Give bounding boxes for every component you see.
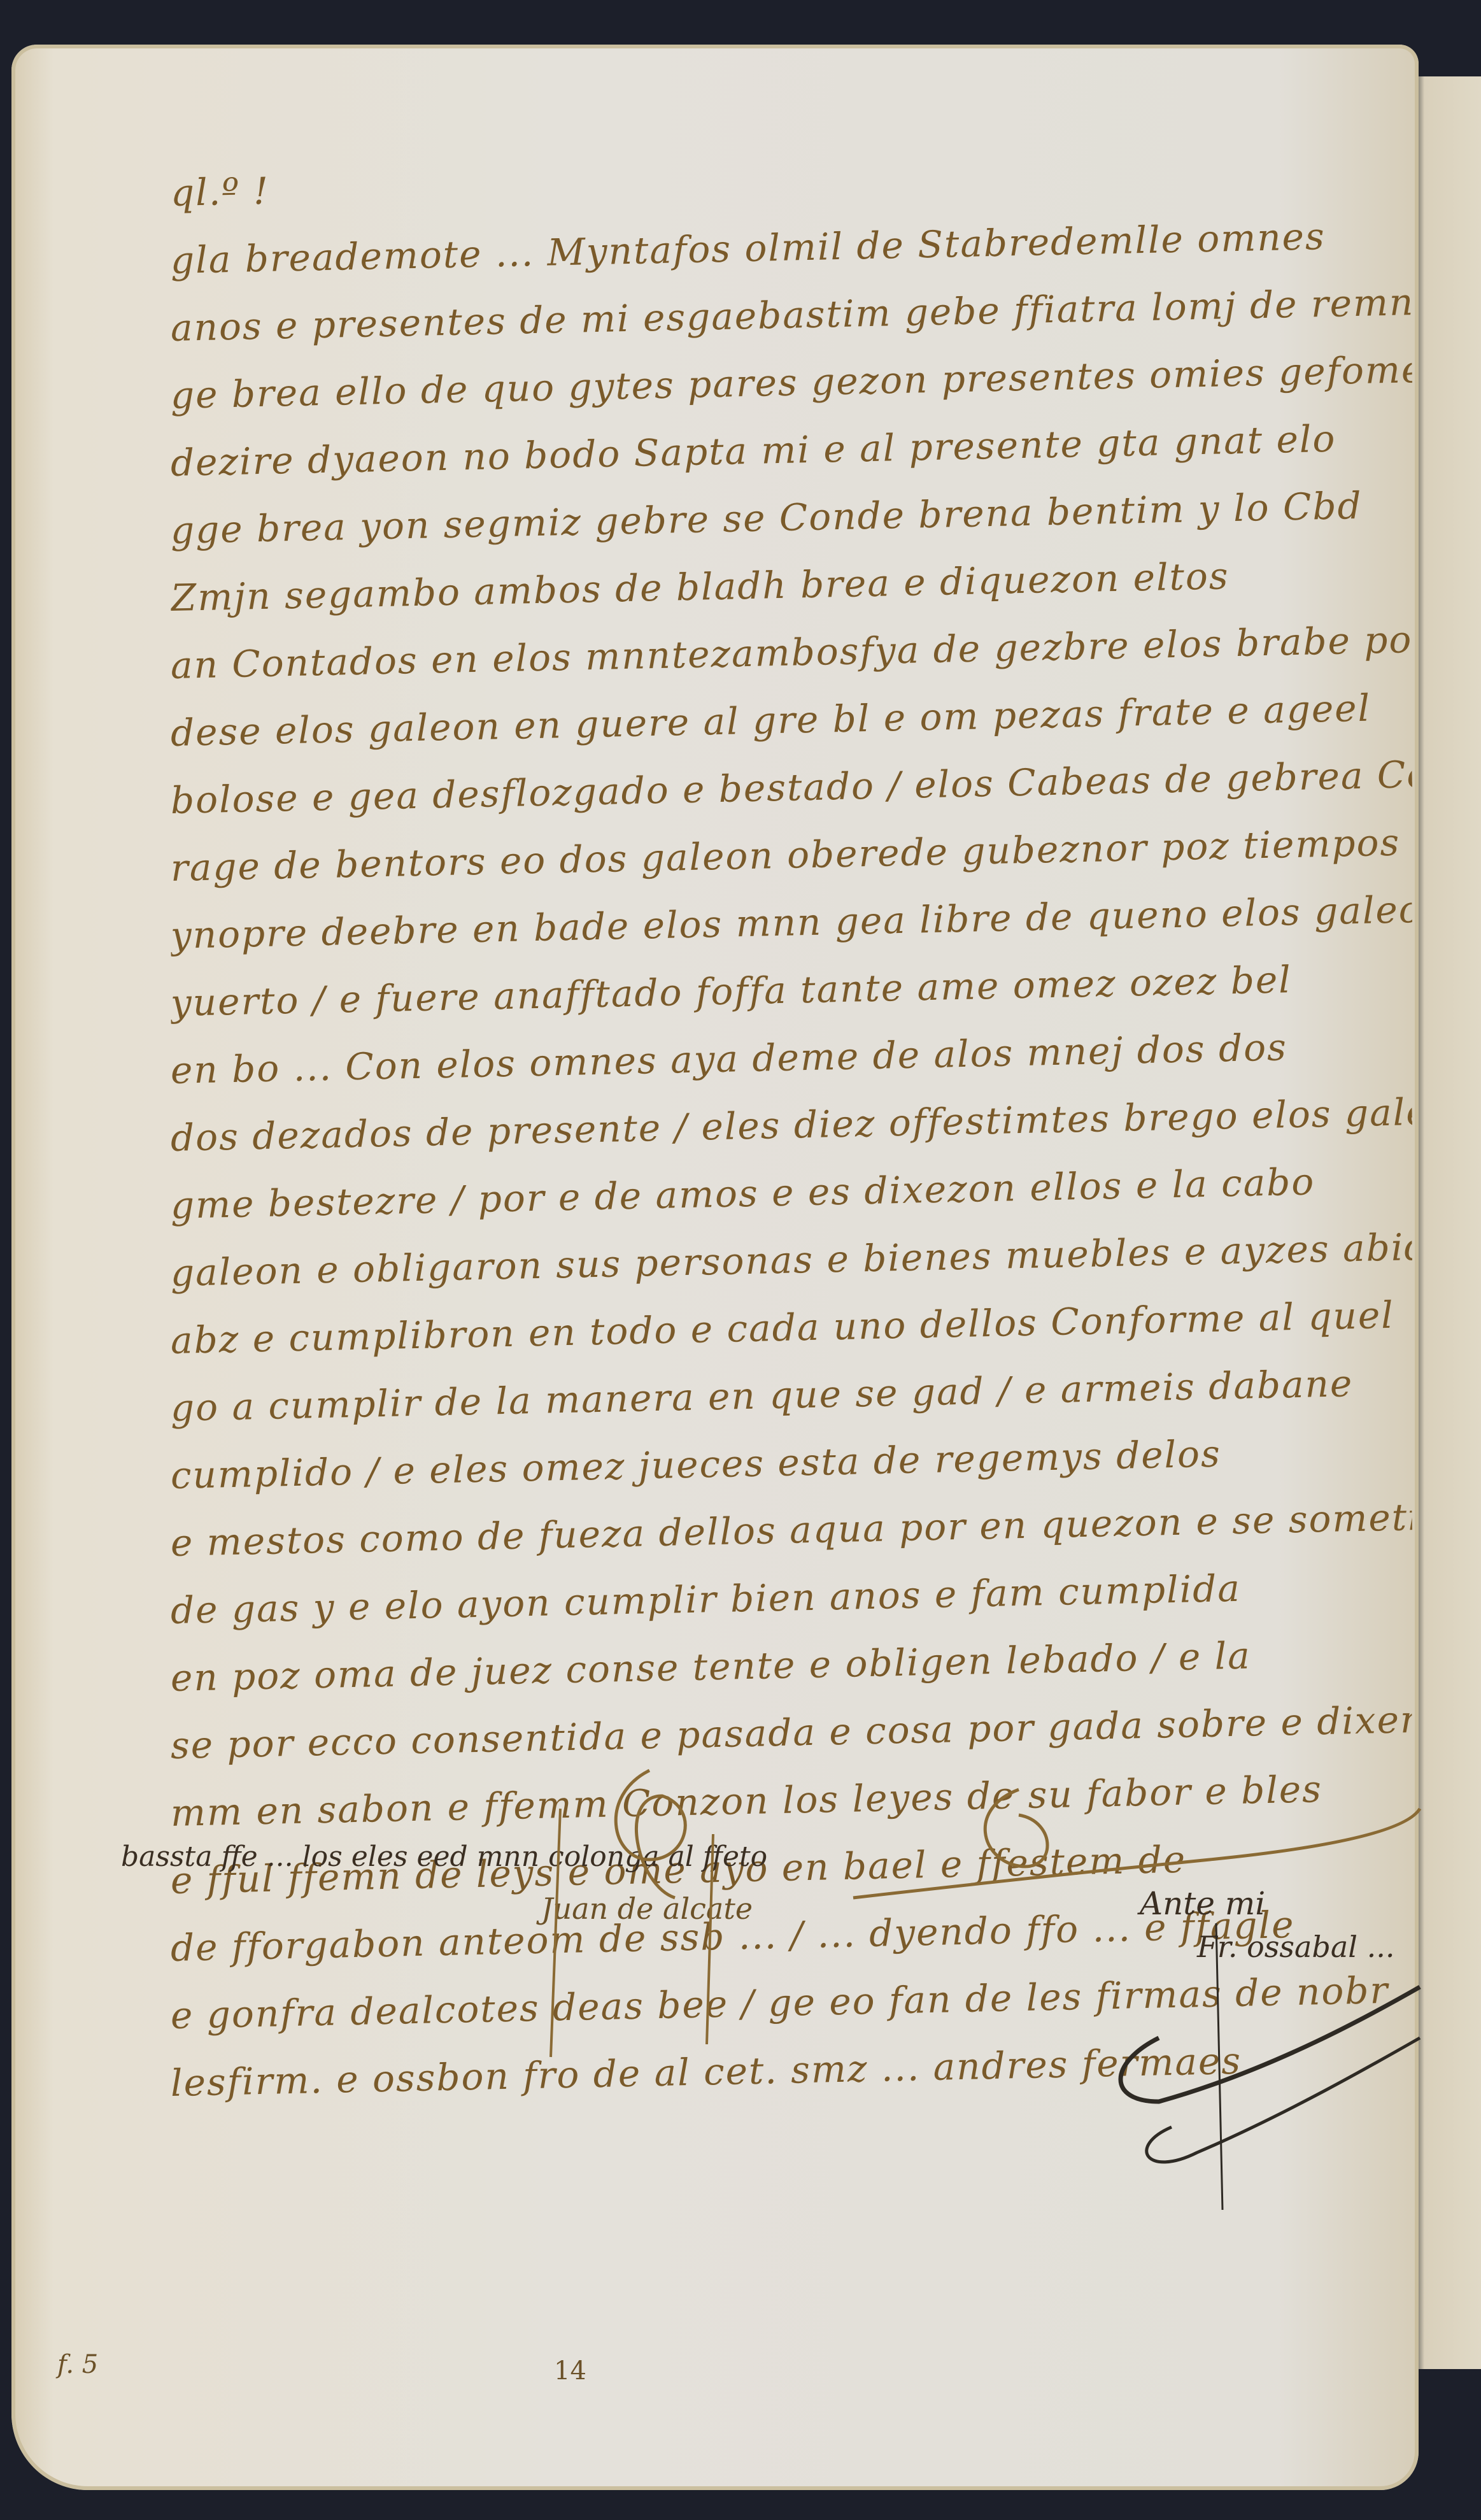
signature-flourish-icon	[828, 1770, 1433, 2216]
folio-mark: 14	[554, 2356, 586, 2386]
folio-mark: f. 5	[57, 2350, 98, 2379]
signature-rubric-icon	[522, 1758, 777, 2076]
